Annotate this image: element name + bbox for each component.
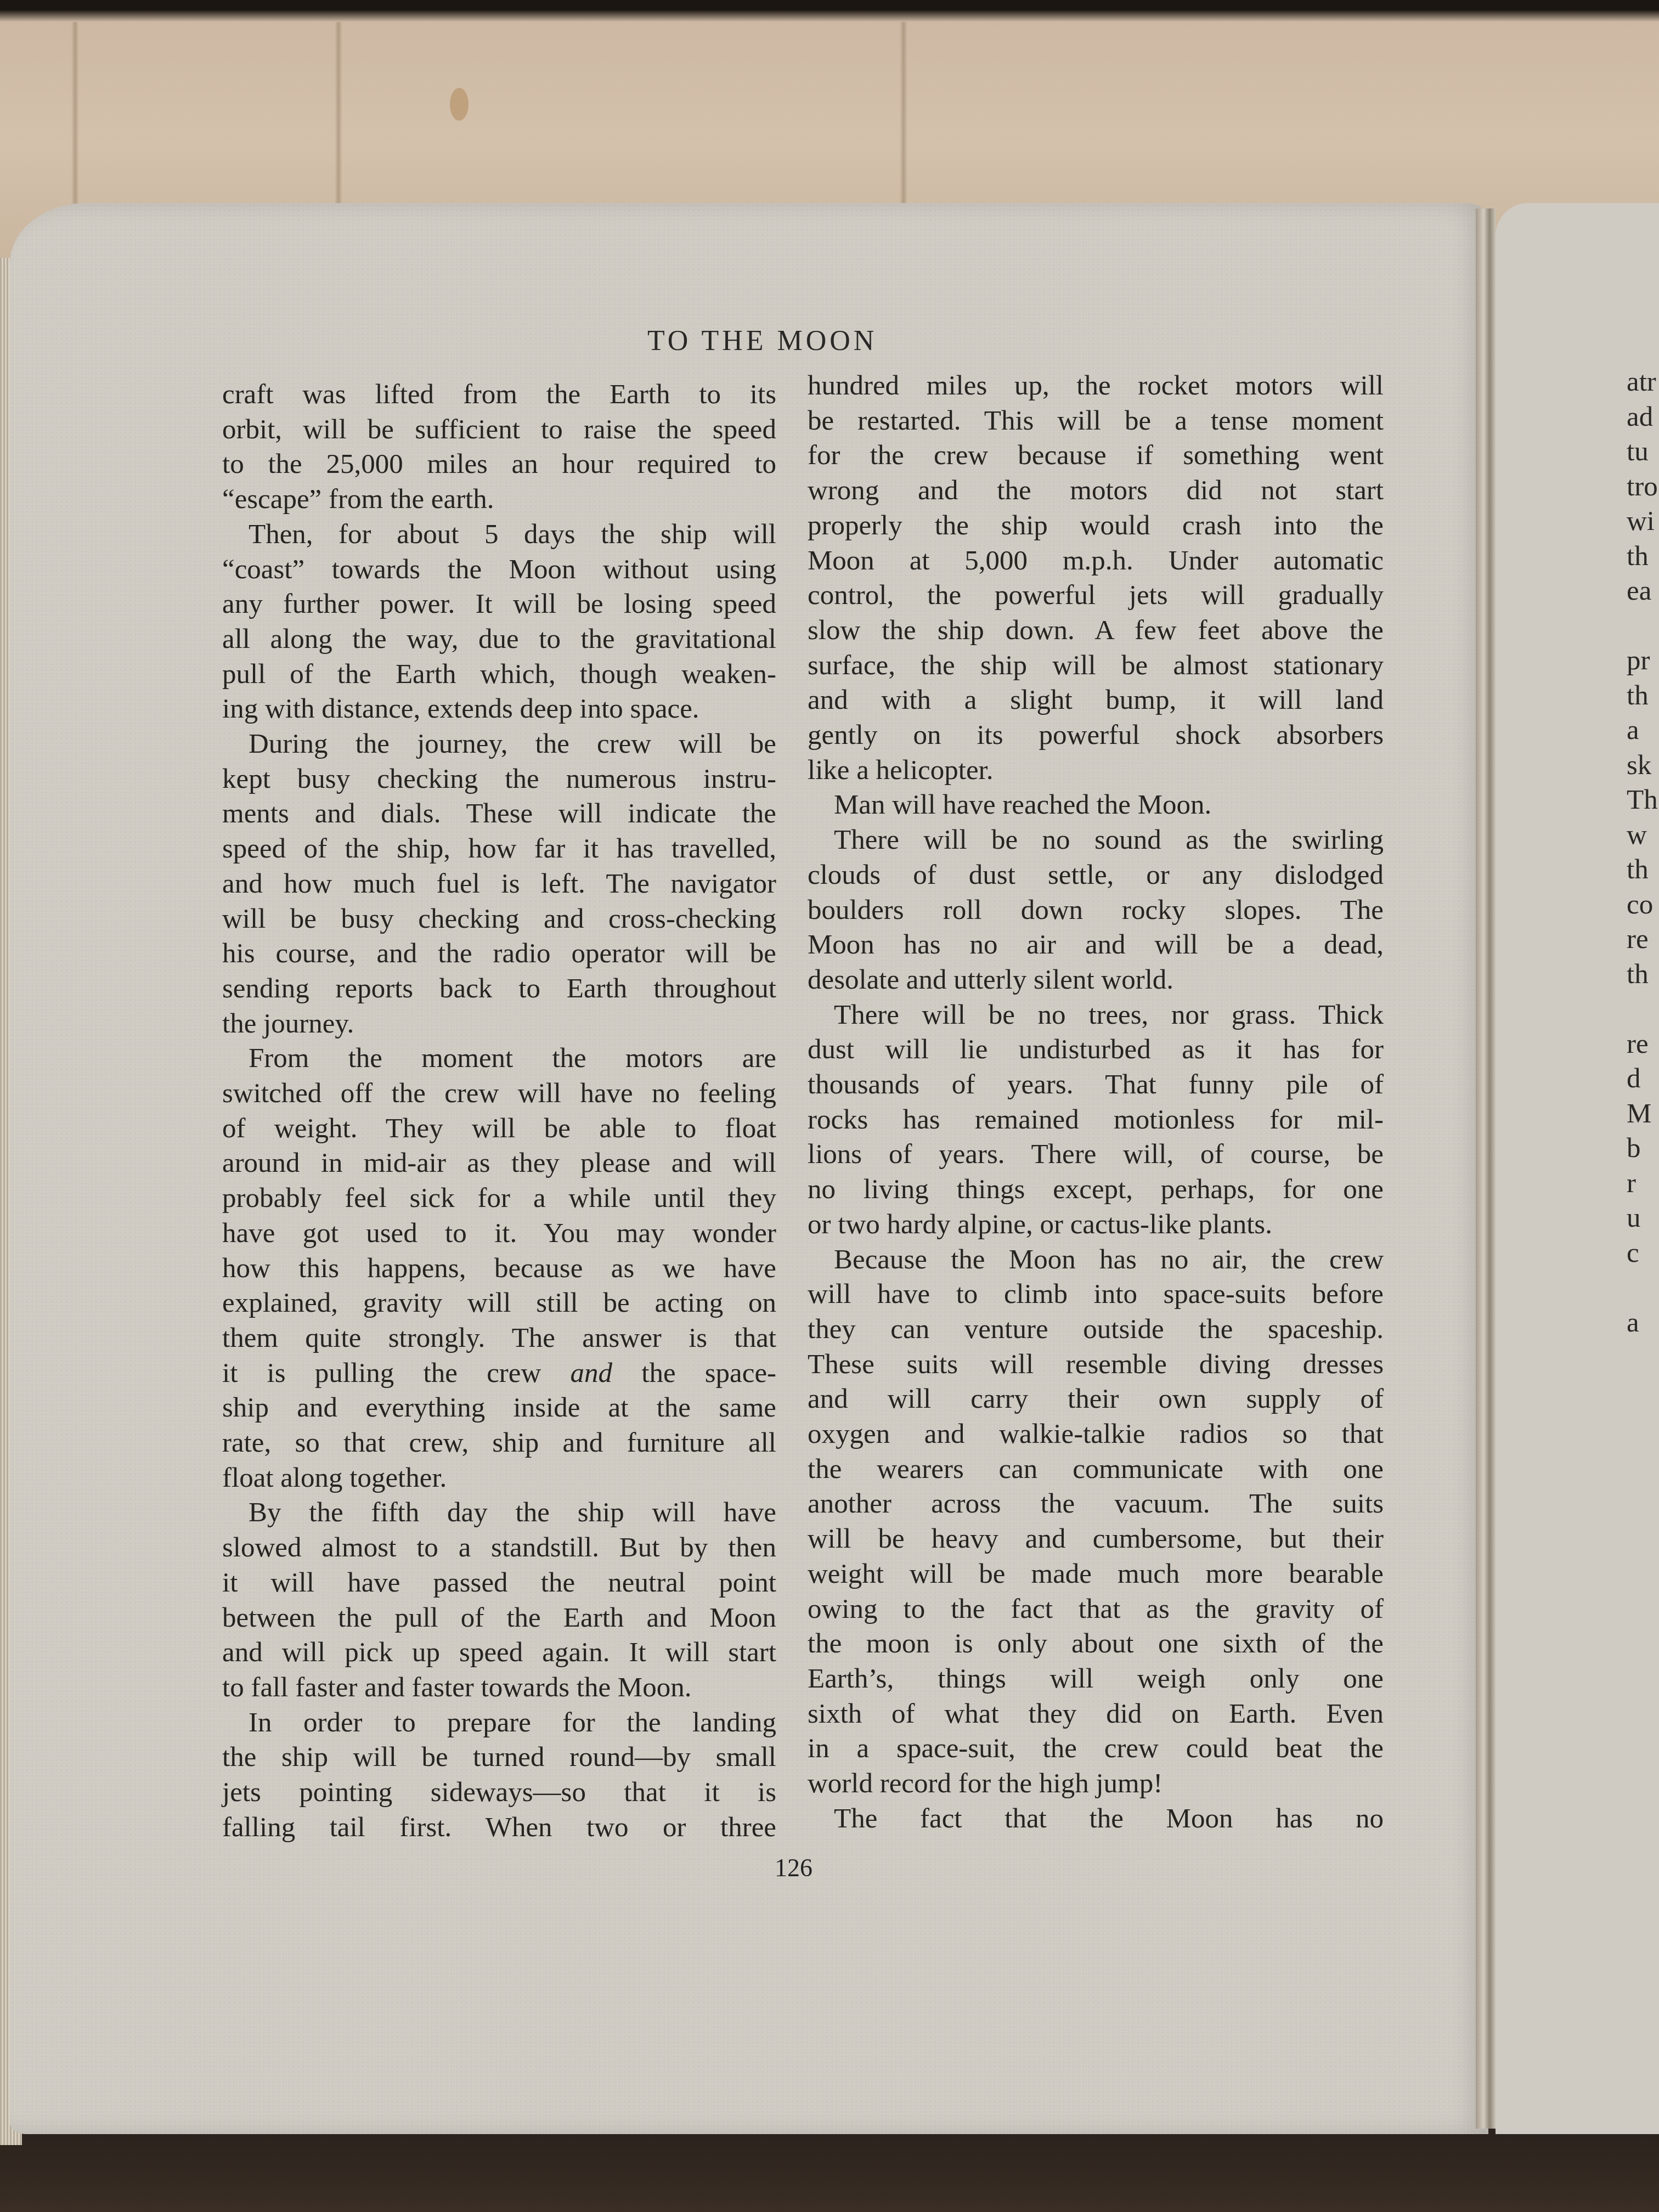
facing-page-fragment: th	[1627, 679, 1659, 713]
text-line: falling tail first. When two or three	[222, 1810, 776, 1844]
text-line: ship and everything inside at the same	[222, 1391, 776, 1425]
book-gutter	[1476, 208, 1496, 2129]
text-line: another across the vacuum. The suits	[808, 1487, 1384, 1521]
text-line: boulders roll down rocky slopes. The	[808, 893, 1384, 927]
text-line: explained, gravity will still be acting …	[222, 1286, 776, 1320]
text-line: it will have passed the neutral point	[222, 1566, 776, 1600]
text-line: and with a slight bump, it will land	[808, 683, 1384, 717]
text-line: the moon is only about one sixth of the	[808, 1627, 1384, 1661]
text-line: them quite strongly. The answer is that	[222, 1321, 776, 1355]
text-line: Moon at 5,000 m.p.h. Under automatic	[808, 544, 1384, 578]
text-line: the journey.	[222, 1007, 776, 1041]
facing-page-fragment: th	[1627, 957, 1659, 991]
text-line: it is pulling the crew and the space-	[222, 1356, 776, 1390]
facing-page-fragment: re	[1627, 922, 1659, 956]
facing-page-fragment: tu	[1627, 435, 1659, 469]
text-line: and will pick up speed again. It will st…	[222, 1635, 776, 1669]
facing-page-fragment: u	[1627, 1201, 1659, 1235]
text-line: they can venture outside the spaceship.	[808, 1312, 1384, 1346]
text-line: owing to the fact that as the gravity of	[808, 1592, 1384, 1626]
text-line: control, the powerful jets will graduall…	[808, 578, 1384, 612]
text-line: surface, the ship will be almost station…	[808, 648, 1384, 682]
text-line: probably feel sick for a while until the…	[222, 1181, 776, 1215]
text-line: In order to prepare for the landing	[222, 1706, 776, 1740]
text-line: jets pointing sideways—so that it is	[222, 1775, 776, 1809]
text-line: lions of years. There will, of course, b…	[808, 1137, 1384, 1171]
text-line: around in mid-air as they please and wil…	[222, 1146, 776, 1180]
text-line: between the pull of the Earth and Moon	[222, 1601, 776, 1635]
facing-page-fragment: pr	[1627, 644, 1659, 678]
text-line: be restarted. This will be a tense momen…	[808, 404, 1384, 438]
text-line: all along the way, due to the gravitatio…	[222, 622, 776, 656]
text-line: and how much fuel is left. The navigator	[222, 867, 776, 901]
text-line: any further power. It will be losing spe…	[222, 587, 776, 621]
text-line: pull of the Earth which, though weaken-	[222, 657, 776, 691]
text-line: and will carry their own supply of	[808, 1382, 1384, 1416]
facing-page-fragment	[1627, 609, 1659, 643]
facing-page-fragment: th	[1627, 539, 1659, 573]
text-line: speed of the ship, how far it has travel…	[222, 832, 776, 866]
text-line: Man will have reached the Moon.	[808, 788, 1384, 822]
text-line: Because the Moon has no air, the crew	[808, 1243, 1384, 1277]
text-line: “escape” from the earth.	[222, 482, 776, 516]
text-line: ing with distance, extends deep into spa…	[222, 692, 776, 726]
running-head: TO THE MOON	[647, 325, 877, 357]
text-line: to fall faster and faster towards the Mo…	[222, 1671, 776, 1705]
text-line: the wearers can communicate with one	[808, 1452, 1384, 1486]
facing-page-fragment: w	[1627, 818, 1659, 852]
text-line: for the crew because if something went	[808, 438, 1384, 472]
facing-page-fragment: M	[1627, 1097, 1659, 1131]
text-line: float along together.	[222, 1461, 776, 1495]
text-line: orbit, will be sufficient to raise the s…	[222, 413, 776, 447]
text-line: sending reports back to Earth throughout	[222, 972, 776, 1006]
text-line: in a space-suit, the crew could beat the	[808, 1731, 1384, 1765]
text-line: no living things except, perhaps, for on…	[808, 1172, 1384, 1206]
facing-page-fragment: a	[1627, 1306, 1659, 1340]
facing-page-fragment: d	[1627, 1062, 1659, 1096]
facing-page-fragment: Th	[1627, 783, 1659, 817]
text-line: The fact that the Moon has no	[808, 1802, 1384, 1836]
text-line: Earth’s, things will weigh only one	[808, 1662, 1384, 1696]
text-line: These suits will resemble diving dresses	[808, 1347, 1384, 1381]
text-line: During the journey, the crew will be	[222, 727, 776, 761]
facing-page-fragment: co	[1627, 888, 1659, 922]
facing-page-fragment	[1627, 992, 1659, 1026]
text-line: his course, and the radio operator will …	[222, 936, 776, 970]
text-line: will have to climb into space-suits befo…	[808, 1277, 1384, 1311]
facing-page-fragment: wi	[1627, 504, 1659, 538]
text-line: to the 25,000 miles an hour required to	[222, 447, 776, 481]
text-line: slow the ship down. A few feet above the	[808, 613, 1384, 647]
text-line: By the fifth day the ship will have	[222, 1496, 776, 1530]
text-line: “coast” towards the Moon without using	[222, 552, 776, 586]
text-line: rate, so that crew, ship and furniture a…	[222, 1426, 776, 1460]
facing-page-fragment: sk	[1627, 748, 1659, 782]
facing-page-fragment: th	[1627, 853, 1659, 887]
text-line: of weight. They will be able to float	[222, 1111, 776, 1145]
text-line: will be heavy and cumbersome, but their	[808, 1522, 1384, 1556]
page-number: 126	[775, 1853, 812, 1882]
text-line: Then, for about 5 days the ship will	[222, 517, 776, 551]
text-line: world record for the high jump!	[808, 1767, 1384, 1801]
text-line: From the moment the motors are	[222, 1041, 776, 1075]
table-surface	[0, 2129, 1659, 2212]
text-line: wrong and the motors did not start	[808, 473, 1384, 507]
text-line: ments and dials. These will indicate the	[222, 797, 776, 831]
text-line: clouds of dust settle, or any dislodged	[808, 858, 1384, 892]
text-line: properly the ship would crash into the	[808, 509, 1384, 543]
text-line: will be busy checking and cross-checking	[222, 902, 776, 936]
facing-page-fragment: b	[1627, 1131, 1659, 1165]
facing-page-fragment: ad	[1627, 400, 1659, 434]
facing-page-fragment: ea	[1627, 574, 1659, 608]
text-line: or two hardy alpine, or cactus-like plan…	[808, 1207, 1384, 1242]
italic-emphasis: and	[570, 1358, 612, 1389]
text-line: thousands of years. That funny pile of	[808, 1068, 1384, 1102]
facing-page-fragment: c	[1627, 1236, 1659, 1270]
text-line: craft was lifted from the Earth to its	[222, 377, 776, 411]
facing-page-fragment: a	[1627, 713, 1659, 747]
facing-page-fragment: tro	[1627, 470, 1659, 504]
text-line: how this happens, because as we have	[222, 1251, 776, 1285]
facing-page-fragment: re	[1627, 1027, 1659, 1061]
facing-page-fragment	[1627, 1271, 1659, 1305]
text-line: sixth of what they did on Earth. Even	[808, 1697, 1384, 1731]
text-line: switched off the crew will have no feeli…	[222, 1076, 776, 1110]
text-line: the ship will be turned round—by small	[222, 1740, 776, 1774]
text-line: weight will be made much more bearable	[808, 1557, 1384, 1591]
text-line: like a helicopter.	[808, 753, 1384, 787]
text-line: gently on its powerful shock absorbers	[808, 718, 1384, 752]
text-line: hundred miles up, the rocket motors will	[808, 369, 1384, 403]
endpaper-stain	[450, 88, 469, 121]
text-line: slowed almost to a standstill. But by th…	[222, 1531, 776, 1565]
facing-page-fragment: r	[1627, 1166, 1659, 1200]
text-line: There will be no sound as the swirling	[808, 823, 1384, 857]
text-line: kept busy checking the numerous instru-	[222, 762, 776, 796]
text-line: desolate and utterly silent world.	[808, 963, 1384, 997]
facing-page-fragment: atr	[1627, 365, 1659, 399]
text-line: have got used to it. You may wonder	[222, 1216, 776, 1250]
text-line: oxygen and walkie-talkie radios so that	[808, 1417, 1384, 1451]
text-line: Moon has no air and will be a dead,	[808, 928, 1384, 962]
text-line: dust will lie undisturbed as it has for	[808, 1032, 1384, 1066]
text-line: rocks has remained motionless for mil-	[808, 1103, 1384, 1137]
text-line: There will be no trees, nor grass. Thick	[808, 998, 1384, 1032]
